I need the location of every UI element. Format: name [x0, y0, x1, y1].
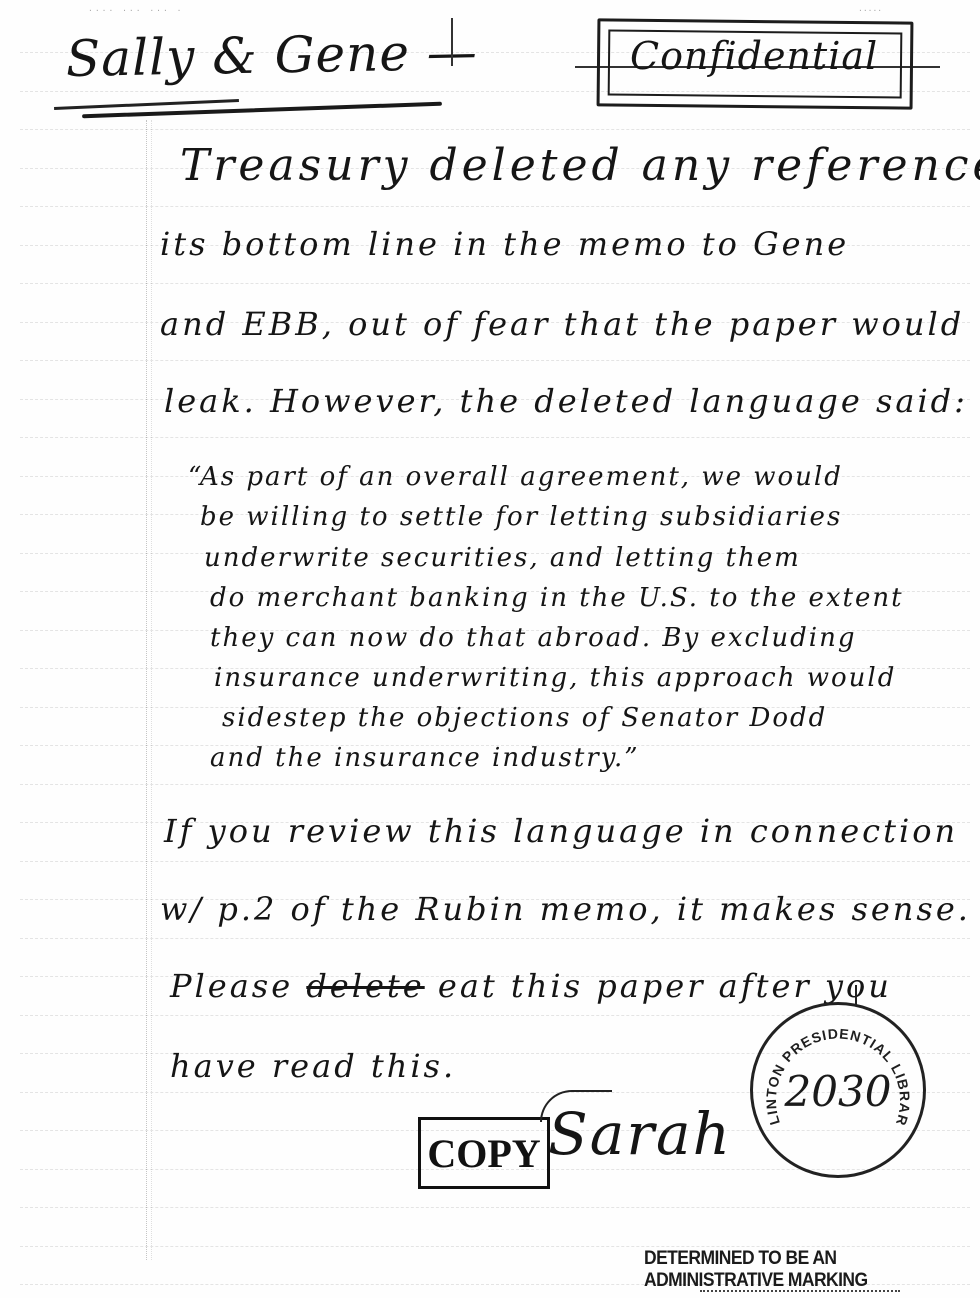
- closing-line: If you review this language in connectio…: [164, 812, 958, 850]
- ruled-line: [20, 437, 970, 438]
- request-line-start: Please: [170, 967, 293, 1005]
- quoted-line: underwrite securities, and letting them: [204, 543, 801, 573]
- quoted-line: do merchant banking in the U.S. to the e…: [210, 583, 904, 613]
- struck-word: delete: [306, 967, 424, 1005]
- quoted-line: they can now do that abroad. By excludin…: [210, 623, 856, 653]
- seal-number: 2030: [753, 1067, 923, 1116]
- quoted-line: “As part of an overall agreement, we wou…: [188, 462, 843, 492]
- ruled-line: [20, 360, 970, 361]
- copy-stamp: COPY: [418, 1117, 550, 1189]
- quoted-line: insurance underwriting, this approach wo…: [214, 663, 896, 693]
- ruled-line: [20, 283, 970, 284]
- administrative-marking: DETERMINED TO BE AN ADMINISTRATIVE MARKI…: [644, 1248, 920, 1292]
- scanned-document-page: ···· ··· ··· · ····· Sally & Gene — Conf…: [0, 0, 980, 1298]
- administrative-marking-line: DETERMINED TO BE AN: [644, 1248, 920, 1270]
- scan-artifact: ···· ··· ··· ·: [88, 6, 183, 15]
- body-line: leak. However, the deleted language said…: [164, 382, 968, 420]
- request-line: have read this.: [170, 1047, 456, 1085]
- body-line: its bottom line in the memo to Gene: [160, 225, 849, 263]
- ruled-line: [20, 206, 970, 207]
- scan-artifact: [700, 1290, 900, 1298]
- body-line: Treasury deleted any reference to: [180, 140, 980, 191]
- closing-line: w/ p.2 of the Rubin memo, it makes sense…: [160, 890, 971, 928]
- request-line: Please delete eat this paper after you: [170, 967, 892, 1005]
- ruled-line: [20, 1207, 970, 1208]
- quoted-line: sidestep the objections of Senator Dodd: [222, 703, 827, 733]
- body-line: and EBB, out of fear that the paper woul…: [160, 305, 964, 343]
- salutation: Sally & Gene —: [65, 23, 478, 88]
- ruled-line: [20, 861, 970, 862]
- signature: Sarah: [548, 1100, 732, 1168]
- seal-stem: [855, 985, 857, 1005]
- confidential-label: Confidential: [630, 34, 878, 78]
- quoted-line: and the insurance industry.”: [210, 743, 640, 773]
- library-seal: CLINTON PRESIDENTIAL LIBRARY 2030: [750, 1002, 926, 1178]
- quoted-line: be willing to settle for letting subsidi…: [200, 502, 842, 532]
- ruled-line: [20, 784, 970, 785]
- ruled-line: [20, 1246, 970, 1247]
- ruled-line: [20, 129, 970, 130]
- header-mark: [451, 18, 453, 66]
- scan-artifact: ·····: [858, 6, 882, 15]
- margin-line: [146, 120, 152, 1260]
- administrative-marking-line: ADMINISTRATIVE MARKING: [644, 1270, 920, 1292]
- request-line-end: eat this paper after you: [438, 967, 892, 1005]
- ruled-line: [20, 938, 970, 939]
